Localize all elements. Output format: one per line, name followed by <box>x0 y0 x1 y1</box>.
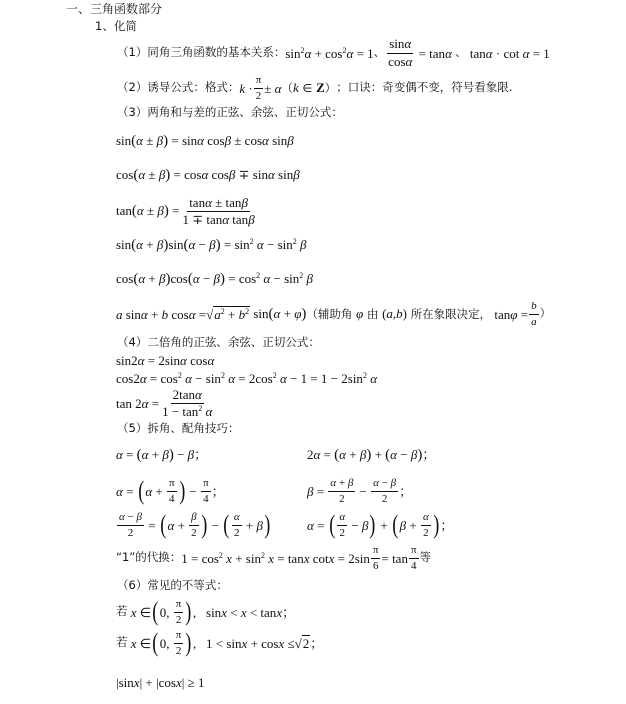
aux-note: （辅助角 φ 由 (a,b) 所在象限决定， <box>306 307 491 321</box>
formula-cos-double: cos2α = cos2 α − sin2 α = 2cos2 α − 1 = … <box>116 372 377 385</box>
condition: （k ∈ Z） <box>281 81 336 95</box>
one-substitution-label: “1”的代换： <box>116 552 181 564</box>
formula-sin-over-cos: sinαcosα <box>386 37 414 69</box>
angle-split-2-right: β = α + β2 − α − β2； <box>307 476 412 506</box>
inequality-2: 若 x ∈ (0, π2) , 1 < sinx + cosx ≤ √2； <box>116 628 323 658</box>
formula-tan-double: tan 2α = 2tanα1 − tan2 α <box>116 388 215 420</box>
separator: 、 <box>374 47 386 59</box>
angle-split-2-left: α = (α + π4) − π4； <box>116 476 225 506</box>
item-4-label: （4）二倍角的正弦、余弦、正切公式： <box>117 337 320 349</box>
if-label: 若 <box>116 637 128 649</box>
pi-over-two: π2 <box>254 74 264 101</box>
subsection-title: 1、化简 <box>95 21 137 33</box>
inequality-3: |sinx| + |cosx| ≥ 1 <box>116 676 204 689</box>
formula-tan-sum: tan(α ± β) = tanα ± tanβ1 ∓ tanα tanβ <box>116 196 258 228</box>
formula-sin-double: sin2α = 2sinα cosα <box>116 354 214 367</box>
separator: 、 <box>455 47 467 59</box>
item-3-label: （3）两角和与差的正弦、余弦、正切公式： <box>117 107 343 119</box>
tan-double-fraction: 2tanα1 − tan2 α <box>160 388 214 420</box>
item-5-label: （5）拆角、配角技巧： <box>117 423 239 435</box>
tan-sum-fraction: tanα ± tanβ1 ∓ tanα tanβ <box>180 196 256 228</box>
inequality-1: 若 x ∈ (0, π2) , sinx < x < tanx； <box>116 597 295 627</box>
angle-split-3-right: α = (α2 − β) + (β + α2)； <box>307 510 453 540</box>
item-2-induction-formula: （2）诱导公式：格式： k · π2 ± α （k ∈ Z） ；口诀：奇变偶不变… <box>117 74 512 102</box>
item-1-basic-relations: （1）同角三角函数的基本关系： sin2α + cos2α = 1 、 sinα… <box>117 39 550 67</box>
item-2-label: （2）诱导公式：格式： <box>117 82 239 94</box>
formula-equals-tan: = tanα <box>415 47 455 60</box>
mnemonic: ；口诀：奇变偶不变，符号看象限. <box>336 82 512 94</box>
formula-sin-sum: sin(α ± β) = sinα cosβ ± cosα sinβ <box>116 134 294 149</box>
item-1-label: （1）同角三角函数的基本关系： <box>117 47 285 59</box>
formula-auxiliary-angle: a sinα + b cosα = √a2 + b2 sin(α + φ) （辅… <box>116 300 551 328</box>
angle-split-1-left: α = (α + β) − β； <box>116 448 207 463</box>
item-6-label: （6）常见的不等式： <box>117 580 228 592</box>
formula-tan-cot: tanα · cot α = 1 <box>467 47 550 60</box>
format-k: k · <box>239 82 252 95</box>
b-over-a: ba <box>529 300 539 327</box>
angle-split-1-right: 2α = (α + β) + (α − β)； <box>307 448 435 463</box>
close-paren: ） <box>540 308 552 320</box>
angle-split-3-left: α − β2 = (α + β2) − (α2 + β) <box>116 510 272 540</box>
formula-pythagorean: sin2α + cos2α = 1 <box>285 47 373 60</box>
section-title: 一、三角函数部分 <box>66 3 162 15</box>
one-substitution: “1”的代换： 1 = cos2 x + sin2 x = tanx cotx … <box>116 545 431 571</box>
formula-cos-sum: cos(α ± β) = cosα cosβ ∓ sinα sinβ <box>116 168 300 183</box>
one-substitution-suffix: 等 <box>420 552 432 564</box>
sqrt-radical: √a2 + b2 <box>206 308 250 321</box>
formula-sin-product: sin(α + β)sin(α − β) = sin2 α − sin2 β <box>116 238 307 253</box>
format-alpha: ± α <box>264 82 281 95</box>
if-label: 若 <box>116 606 128 618</box>
formula-cos-product: cos(α + β)cos(α − β) = cos2 α − sin2 β <box>116 272 313 287</box>
